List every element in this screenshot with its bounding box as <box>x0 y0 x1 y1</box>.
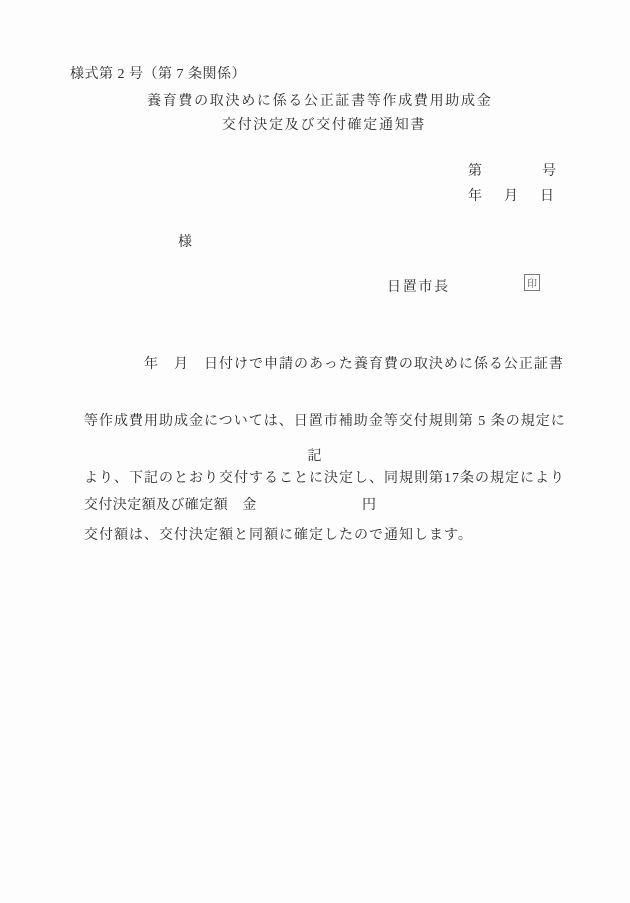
document-page: 様式第 2 号（第 7 条関係） 養育費の取決めに係る公正証書等作成費用助成金 … <box>0 0 630 903</box>
body-line-3: より、下記のとおり交付することに決定し、同規則第17条の規定により <box>84 466 584 491</box>
sender-name: 日置市長 <box>387 276 450 296</box>
seal-character: 印 <box>527 275 537 290</box>
amount-label: 交付決定額及び確定額 金 <box>84 494 257 514</box>
amount-unit-yen: 円 <box>362 494 376 514</box>
document-subtitle: 交付決定及び交付確定通知書 <box>222 114 426 134</box>
body-line-1: 年 月 日付けで申請のあった養育費の取決めに係る公正証書 <box>84 352 584 377</box>
notation-ki: 記 <box>0 445 630 465</box>
addressee-honorific: 様 <box>178 231 193 251</box>
form-number: 様式第 2 号（第 7 条関係） <box>70 63 246 83</box>
official-seal-box: 印 <box>524 274 540 291</box>
date-field: 年 月 日 <box>468 185 558 205</box>
body-line-2: 等作成費用助成金については、日置市補助金等交付規則第 5 条の規定に <box>84 409 584 434</box>
document-title: 養育費の取決めに係る公正証書等作成費用助成金 <box>147 90 492 110</box>
body-line-4: 交付額は、交付決定額と同額に確定したので通知します。 <box>84 523 584 548</box>
document-number-field: 第 号 <box>468 160 557 180</box>
